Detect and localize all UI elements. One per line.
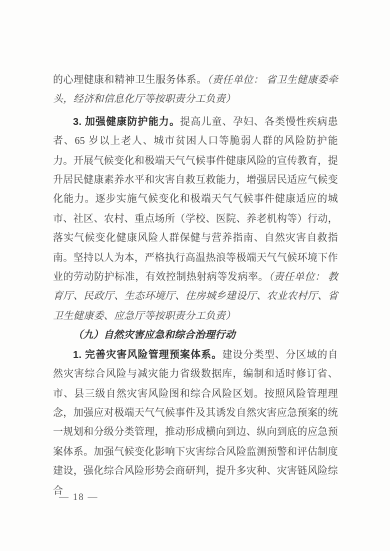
text-segment: 的心理健康和精神卫生服务体系。 [53, 75, 207, 86]
text-segment: 提高儿童、孕妇、各类慢性疾病患者、65 岁以上老人、城市贫困人口等脆弱人群的风险… [53, 117, 338, 283]
text-segment: 建设分类型、分区域的自然灾害综合风险与减灾能力省级数据库，编制和适时修订省、市、… [53, 350, 338, 497]
document-page: 的心理健康和精神卫生服务体系。（责任单位： 省卫生健康委牵头，经济和信息化厅等按… [0, 0, 390, 551]
item-lead-in: 1. 完善灾害风险管理预案体系。 [73, 350, 222, 361]
page-number: — 18 — [59, 492, 98, 504]
paragraph-continuation: 的心理健康和精神卫生服务体系。（责任单位： 省卫生健康委牵头，经济和信息化厅等按… [53, 71, 338, 110]
item-lead-in: 3. 加强健康防护能力。 [73, 117, 180, 128]
paragraph-item-1: 1. 完善灾害风险管理预案体系。建设分类型、分区域的自然灾害综合风险与减灾能力省… [53, 346, 338, 501]
section-heading: （九）自然灾害应急和综合治理行动 [53, 326, 338, 345]
body-text: 的心理健康和精神卫生服务体系。（责任单位： 省卫生健康委牵头，经济和信息化厅等按… [53, 71, 338, 501]
paragraph-item-3: 3. 加强健康防护能力。提高儿童、孕妇、各类慢性疾病患者、65 岁以上老人、城市… [53, 113, 338, 326]
